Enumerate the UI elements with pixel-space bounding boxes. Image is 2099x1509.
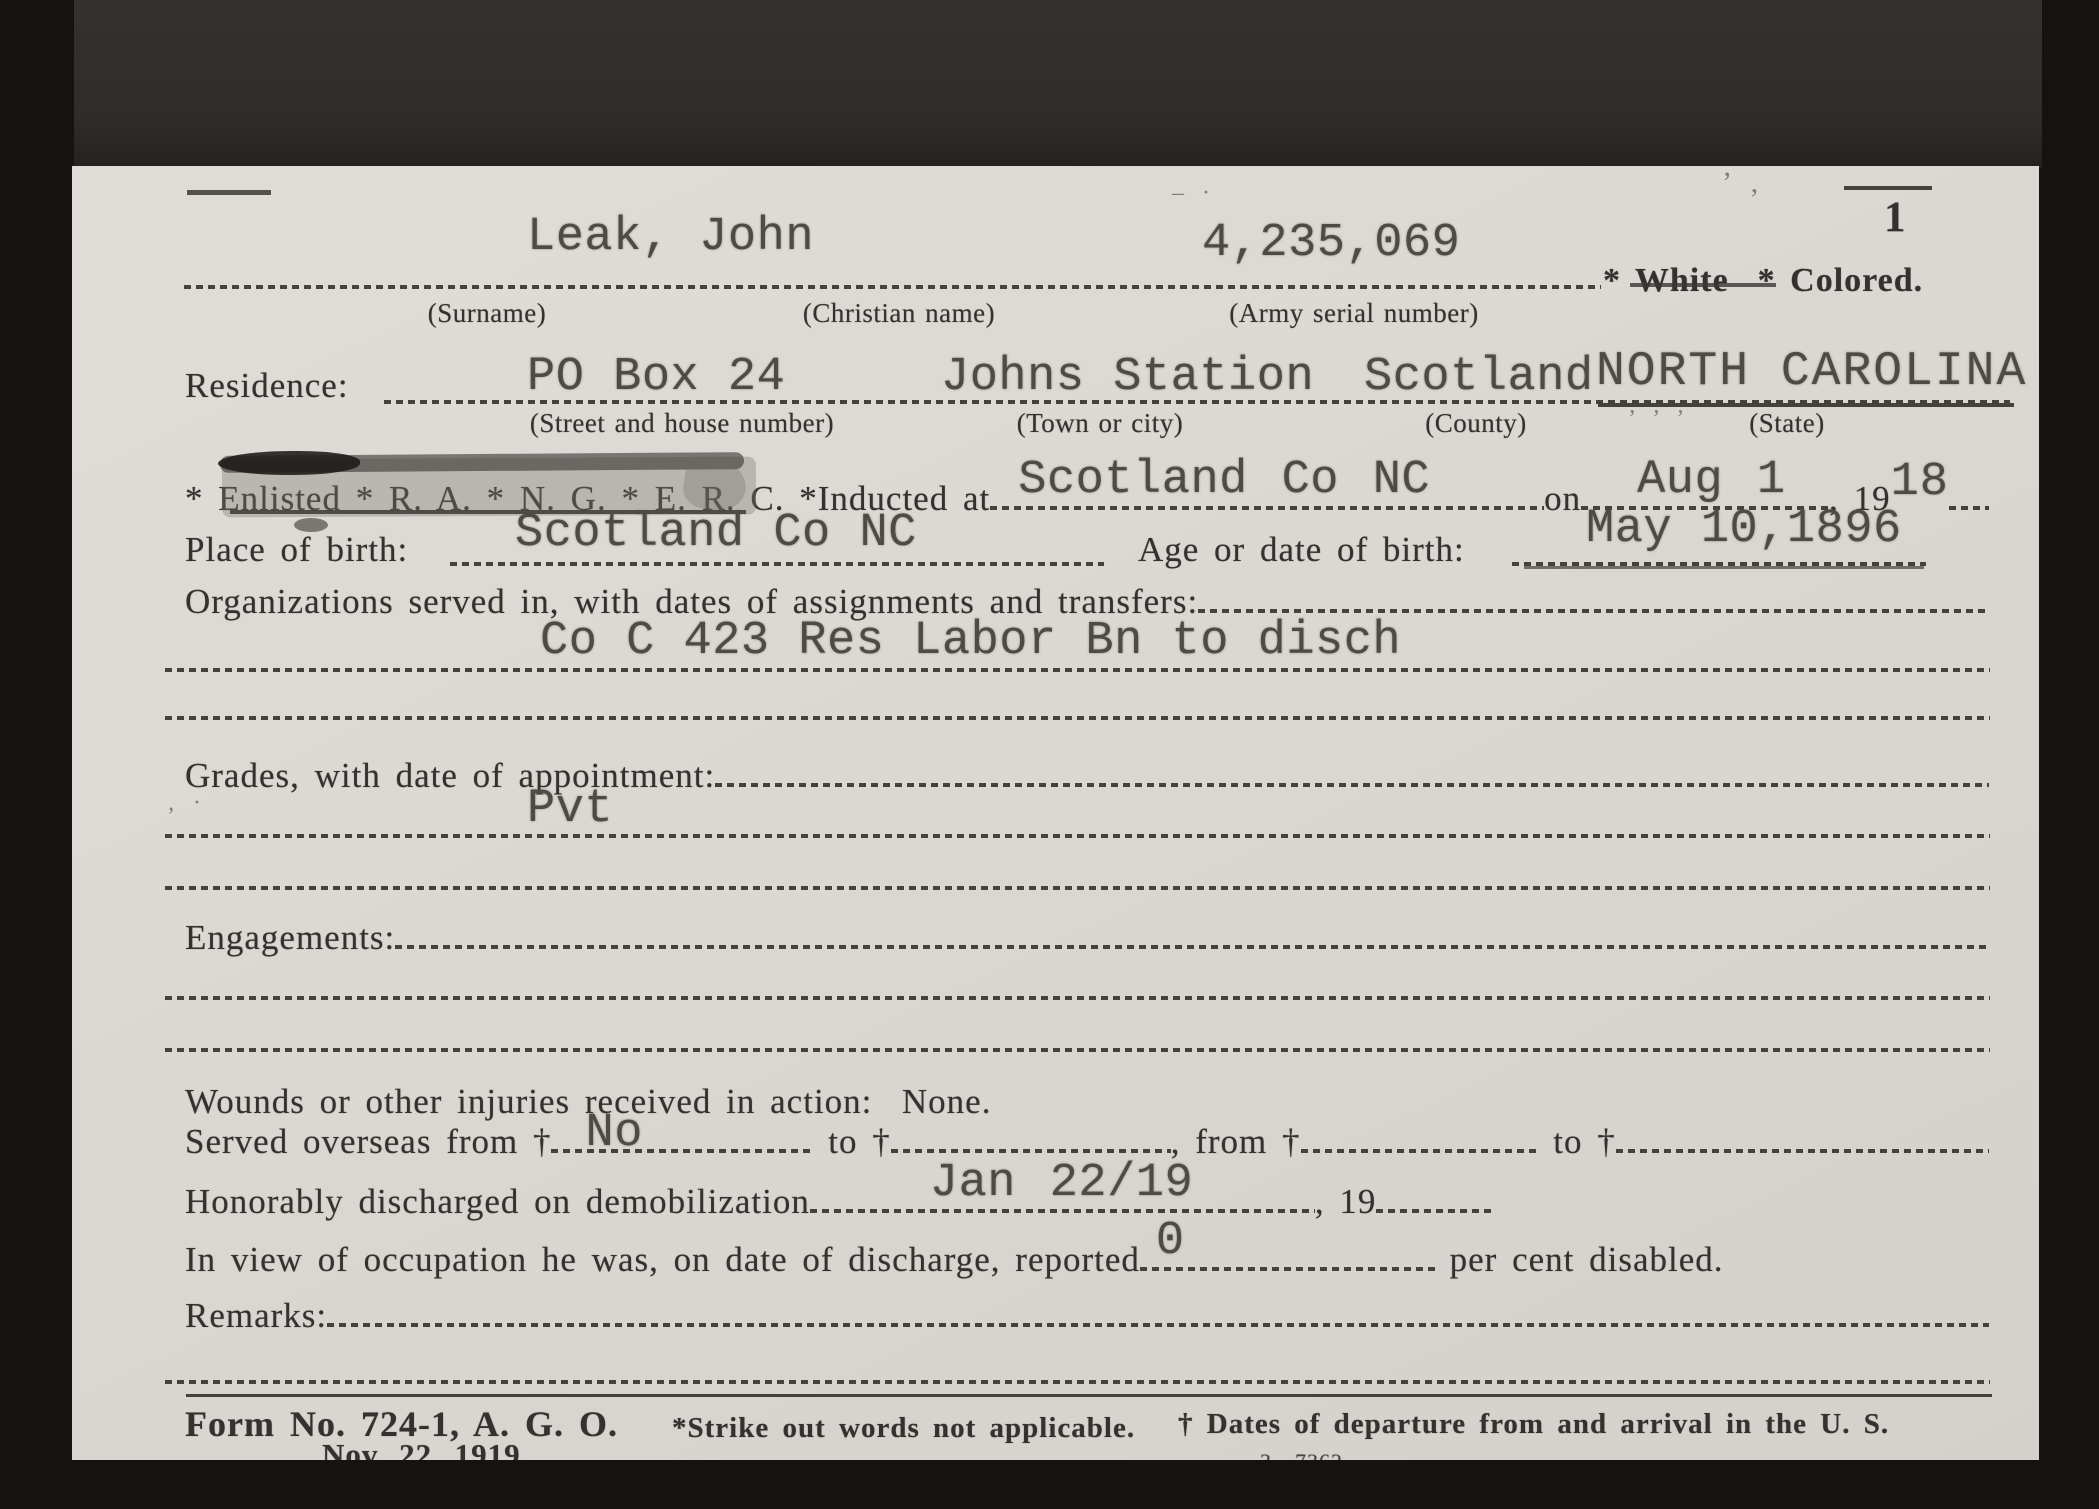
grades-row: Grades, with date of appointment: xyxy=(185,756,1989,796)
county-label: (County) xyxy=(1425,408,1527,438)
overseas-to-label: to † xyxy=(828,1122,890,1162)
form-date: Nov. 22, 1919. xyxy=(322,1438,529,1460)
printers-code: 3—7362 xyxy=(1260,1450,1343,1460)
overseas-from-label: Served overseas from † xyxy=(185,1122,551,1162)
army-serial-label: (Army serial number) xyxy=(1229,298,1478,328)
state-label: (State) xyxy=(1749,408,1824,438)
overseas-to-blank xyxy=(891,1145,1171,1153)
overseas-from2-blank xyxy=(1301,1145,1539,1153)
page-number: 1 xyxy=(1884,194,1907,242)
inducted-at-value: Scotland Co NC xyxy=(1018,457,1430,504)
discharge-year-blank xyxy=(1376,1205,1491,1213)
residence-state-value: NORTH CAROLINA xyxy=(1596,348,2027,396)
engagements-blank xyxy=(395,941,1989,949)
service-record-card: – · ’ ‚ Leak, John 4,235,069 * White * C… xyxy=(72,166,2039,1460)
grades-blank xyxy=(715,779,1989,787)
page-number-overline xyxy=(1844,186,1932,190)
discharge-date-value: Jan 22/19 xyxy=(930,1160,1193,1207)
residence-label: Residence: xyxy=(185,366,349,405)
army-serial-value: 4,235,069 xyxy=(1202,220,1460,267)
race-white-label: * White xyxy=(1603,262,1729,299)
overseas-from-blank: No xyxy=(551,1145,813,1153)
disability-suffix: per cent disabled. xyxy=(1450,1240,1724,1280)
disability-value: 0 xyxy=(1156,1218,1185,1265)
top-left-dash-mark xyxy=(187,190,271,195)
inducted-at-blank: Scotland Co NC xyxy=(990,502,1544,510)
town-label: (Town or city) xyxy=(1017,408,1184,438)
on-label: on xyxy=(1544,479,1581,519)
surname-value: Leak, John xyxy=(527,214,814,261)
birthdate-underline xyxy=(1524,566,1924,569)
engagements-row: Engagements: xyxy=(185,918,1989,958)
grades-rule-1 xyxy=(165,834,1990,838)
discharge-year-prefix: , 19 xyxy=(1315,1182,1377,1222)
residence-town-value: Johns Station xyxy=(941,354,1314,401)
race-designation: * White * Colored. xyxy=(1603,262,1923,300)
overseas-row: Served overseas from † No to † , from † … xyxy=(185,1122,1989,1162)
organizations-rule-2 xyxy=(165,716,1990,720)
remarks-label: Remarks: xyxy=(185,1296,327,1336)
discharge-row: Honorably discharged on demobilization J… xyxy=(185,1182,1989,1222)
dagger-note: † Dates of departure from and arrival in… xyxy=(1178,1408,1889,1440)
organizations-blank xyxy=(1198,605,1989,613)
stray-mark-grades: ‚ · xyxy=(167,790,207,817)
stray-mark-top-right: ’ ‚ xyxy=(1722,166,1765,200)
organizations-value: Co C 423 Res Labor Bn to disch xyxy=(540,618,1401,665)
scanner-backdrop-band xyxy=(74,0,2042,168)
year-blank xyxy=(1949,502,1989,510)
remarks-row: Remarks: xyxy=(185,1296,1989,1336)
place-of-birth-label: Place of birth: xyxy=(185,530,408,569)
remarks-rule-2 xyxy=(165,1380,1990,1384)
surname-label: (Surname) xyxy=(428,298,546,328)
overseas-to2-label: to † xyxy=(1553,1122,1615,1162)
birthdate-value: May 10,1896 xyxy=(1586,506,1902,553)
discharge-date-blank: Jan 22/19 xyxy=(810,1205,1315,1213)
christian-name-label: (Christian name) xyxy=(803,298,995,328)
street-label: (Street and house number) xyxy=(530,408,834,438)
wounds-value: None. xyxy=(902,1082,992,1121)
pencil-smudge-blob xyxy=(218,451,360,475)
footer-divider-line xyxy=(186,1394,1992,1397)
disability-row: In view of occupation he was, on date of… xyxy=(185,1240,1989,1280)
stray-mark-above-serial: – · xyxy=(1172,180,1216,207)
overseas-from2-label: , from † xyxy=(1171,1122,1301,1162)
strike-out-note: *Strike out words not applicable. xyxy=(672,1412,1135,1444)
induction-date-value: Aug 1 xyxy=(1637,457,1786,504)
disability-label: In view of occupation he was, on date of… xyxy=(185,1240,1140,1280)
residence-county-value: Scotland xyxy=(1364,354,1594,401)
organizations-rule-1 xyxy=(165,668,1990,672)
residence-street-value: PO Box 24 xyxy=(527,354,785,401)
age-or-birthdate-label: Age or date of birth: xyxy=(1138,530,1465,569)
grades-value: Pvt xyxy=(527,786,613,833)
race-colored-label: * Colored. xyxy=(1758,262,1923,299)
disability-blank: 0 xyxy=(1140,1263,1435,1271)
grades-rule-2 xyxy=(165,886,1990,890)
name-line-rule xyxy=(184,285,1601,289)
grades-label: Grades, with date of appointment: xyxy=(185,756,715,796)
overseas-to2-blank xyxy=(1616,1145,1989,1153)
engagements-rule-2 xyxy=(165,1048,1990,1052)
white-strikethrough-mark xyxy=(1630,283,1776,287)
engagements-label: Engagements: xyxy=(185,918,395,958)
wounds-label: Wounds or other injuries received in act… xyxy=(185,1082,872,1121)
remarks-blank xyxy=(327,1319,1989,1327)
place-of-birth-value: Scotland Co NC xyxy=(515,510,917,557)
county-state-tick-marks: ’ ’ ’ xyxy=(1628,406,1690,433)
scanned-service-card-page: { "colors":{ "paper":"#dad8d2", "ink_pri… xyxy=(0,0,2099,1509)
place-of-birth-rule xyxy=(450,562,1104,566)
induction-year-value: 18 xyxy=(1891,456,1949,509)
overseas-from-value: No xyxy=(585,1110,642,1157)
discharge-label: Honorably discharged on demobilization xyxy=(185,1182,810,1222)
engagements-rule-1 xyxy=(165,996,1990,1000)
